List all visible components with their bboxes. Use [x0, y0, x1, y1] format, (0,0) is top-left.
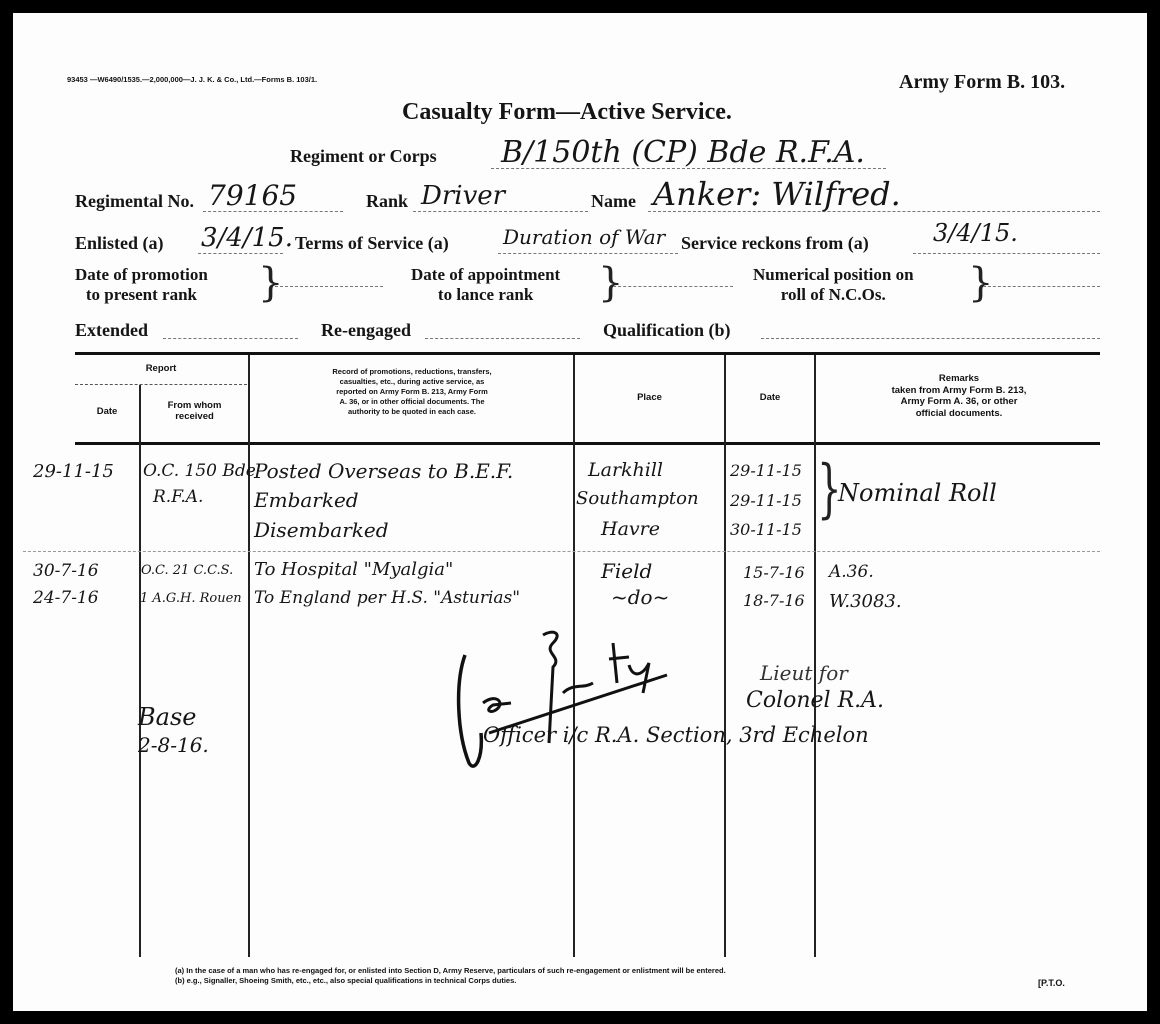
terms-line — [498, 253, 678, 254]
base-date: 2-8-16. — [138, 733, 209, 757]
terms-label: Terms of Service (a) — [295, 233, 449, 254]
row-place: Field — [601, 559, 652, 583]
header-from-whom: From whom received — [141, 400, 248, 422]
name-label: Name — [591, 191, 636, 212]
appointment-line — [613, 286, 733, 287]
form-number: Army Form B. 103. — [899, 71, 1065, 94]
table-header-rule — [75, 442, 1100, 445]
row-date: 30-11-15 — [730, 520, 802, 539]
row-record: Posted Overseas to B.E.F. — [254, 459, 513, 483]
nco-position-line — [983, 286, 1100, 287]
rank-value: Driver — [421, 181, 505, 211]
qualification-label: Qualification (b) — [603, 320, 731, 341]
row-place: Havre — [601, 518, 660, 540]
enlisted-label: Enlisted (a) — [75, 233, 164, 254]
row-from-whom-2: R.F.A. — [153, 487, 203, 507]
row-remarks: W.3083. — [829, 591, 902, 612]
promotion-label: Date of promotion to present rank — [75, 265, 208, 305]
rank-line — [413, 211, 588, 212]
column-divider — [248, 355, 250, 957]
rank-label: Rank — [366, 191, 408, 212]
regimental-no-label: Regimental No. — [75, 191, 194, 212]
row-report-date: 29-11-15 — [33, 461, 114, 482]
row-place: Southampton — [576, 488, 699, 509]
header-place: Place — [575, 392, 724, 403]
base-note: Base — [138, 703, 196, 731]
header-report: Report — [75, 363, 247, 374]
row-report-date: 24-7-16 — [33, 588, 99, 608]
row-place: ~do~ — [611, 585, 669, 609]
appointment-label: Date of appointment to lance rank — [411, 265, 560, 305]
casualty-form-page: 93453 —W6490/1535.—2,000,000—J. J. K. & … — [13, 13, 1147, 1011]
header-date: Date — [726, 392, 814, 403]
row-separator — [23, 551, 1100, 552]
row-remarks: Nominal Roll — [838, 479, 997, 507]
row-record: To Hospital "Myalgia" — [254, 559, 453, 580]
row-remarks: A.36. — [829, 562, 874, 582]
brace-icon: } — [258, 263, 283, 303]
reengaged-label: Re-engaged — [321, 320, 411, 341]
row-record: Disembarked — [254, 518, 389, 542]
column-divider — [724, 355, 726, 957]
table-top-rule — [75, 352, 1100, 355]
qualification-line — [761, 338, 1100, 339]
signature-lieut: Lieut for — [760, 661, 848, 685]
brace-icon: } — [968, 263, 993, 303]
service-reckons-label: Service reckons from (a) — [681, 233, 869, 254]
footnote-b: (b) e.g., Signaller, Shoeing Smith, etc.… — [175, 976, 516, 985]
regiment-value: B/150th (CP) Bde R.F.A. — [501, 135, 865, 170]
row-report-date: 30-7-16 — [33, 561, 99, 581]
reengaged-line — [425, 338, 580, 339]
row-from-whom: O.C. 21 C.C.S. — [141, 563, 233, 578]
row-date: 29-11-15 — [730, 461, 802, 480]
row-date: 15-7-16 — [743, 563, 805, 582]
extended-label: Extended — [75, 320, 148, 341]
row-date: 29-11-15 — [730, 491, 802, 510]
report-subrule — [75, 384, 247, 385]
nco-position-label: Numerical position on roll of N.C.Os. — [753, 265, 914, 305]
promotion-line — [275, 286, 383, 287]
column-divider — [139, 385, 141, 957]
footnote-a: (a) In the case of a man who has re-enga… — [175, 966, 726, 975]
header-report-date: Date — [75, 406, 139, 417]
row-from-whom: O.C. 150 Bde — [143, 461, 256, 481]
signature-colonel: Colonel R.A. — [746, 688, 884, 713]
extended-line — [163, 338, 298, 339]
column-divider — [814, 355, 816, 957]
brace-icon: } — [598, 263, 623, 303]
header-remarks: Remarks taken from Army Form B. 213, Arm… — [819, 373, 1099, 419]
form-title: Casualty Form—Active Service. — [402, 99, 732, 126]
row-from-whom: 1 A.G.H. Rouen — [140, 591, 242, 606]
service-reckons-line — [913, 253, 1100, 254]
regiment-label: Regiment or Corps — [290, 146, 437, 167]
signature-scribble-icon — [453, 623, 673, 783]
row-record: To England per H.S. "Asturias" — [254, 588, 520, 608]
service-reckons-value: 3/4/15. — [933, 219, 1018, 247]
name-value: Anker: Wilfred. — [653, 175, 901, 213]
row-place: Larkhill — [588, 459, 663, 481]
pto-note: [P.T.O. — [1038, 978, 1065, 988]
row-record: Embarked — [254, 488, 359, 512]
terms-value: Duration of War — [503, 225, 665, 249]
regimental-no-value: 79165 — [208, 179, 297, 212]
print-reference: 93453 —W6490/1535.—2,000,000—J. J. K. & … — [67, 75, 317, 84]
signature-officer: Officer i/c R.A. Section, 3rd Echelon — [483, 723, 869, 747]
header-record: Record of promotions, reductions, transf… — [253, 367, 571, 417]
enlisted-line — [198, 253, 283, 254]
row-date: 18-7-16 — [743, 591, 805, 610]
enlisted-value: 3/4/15. — [201, 223, 293, 253]
